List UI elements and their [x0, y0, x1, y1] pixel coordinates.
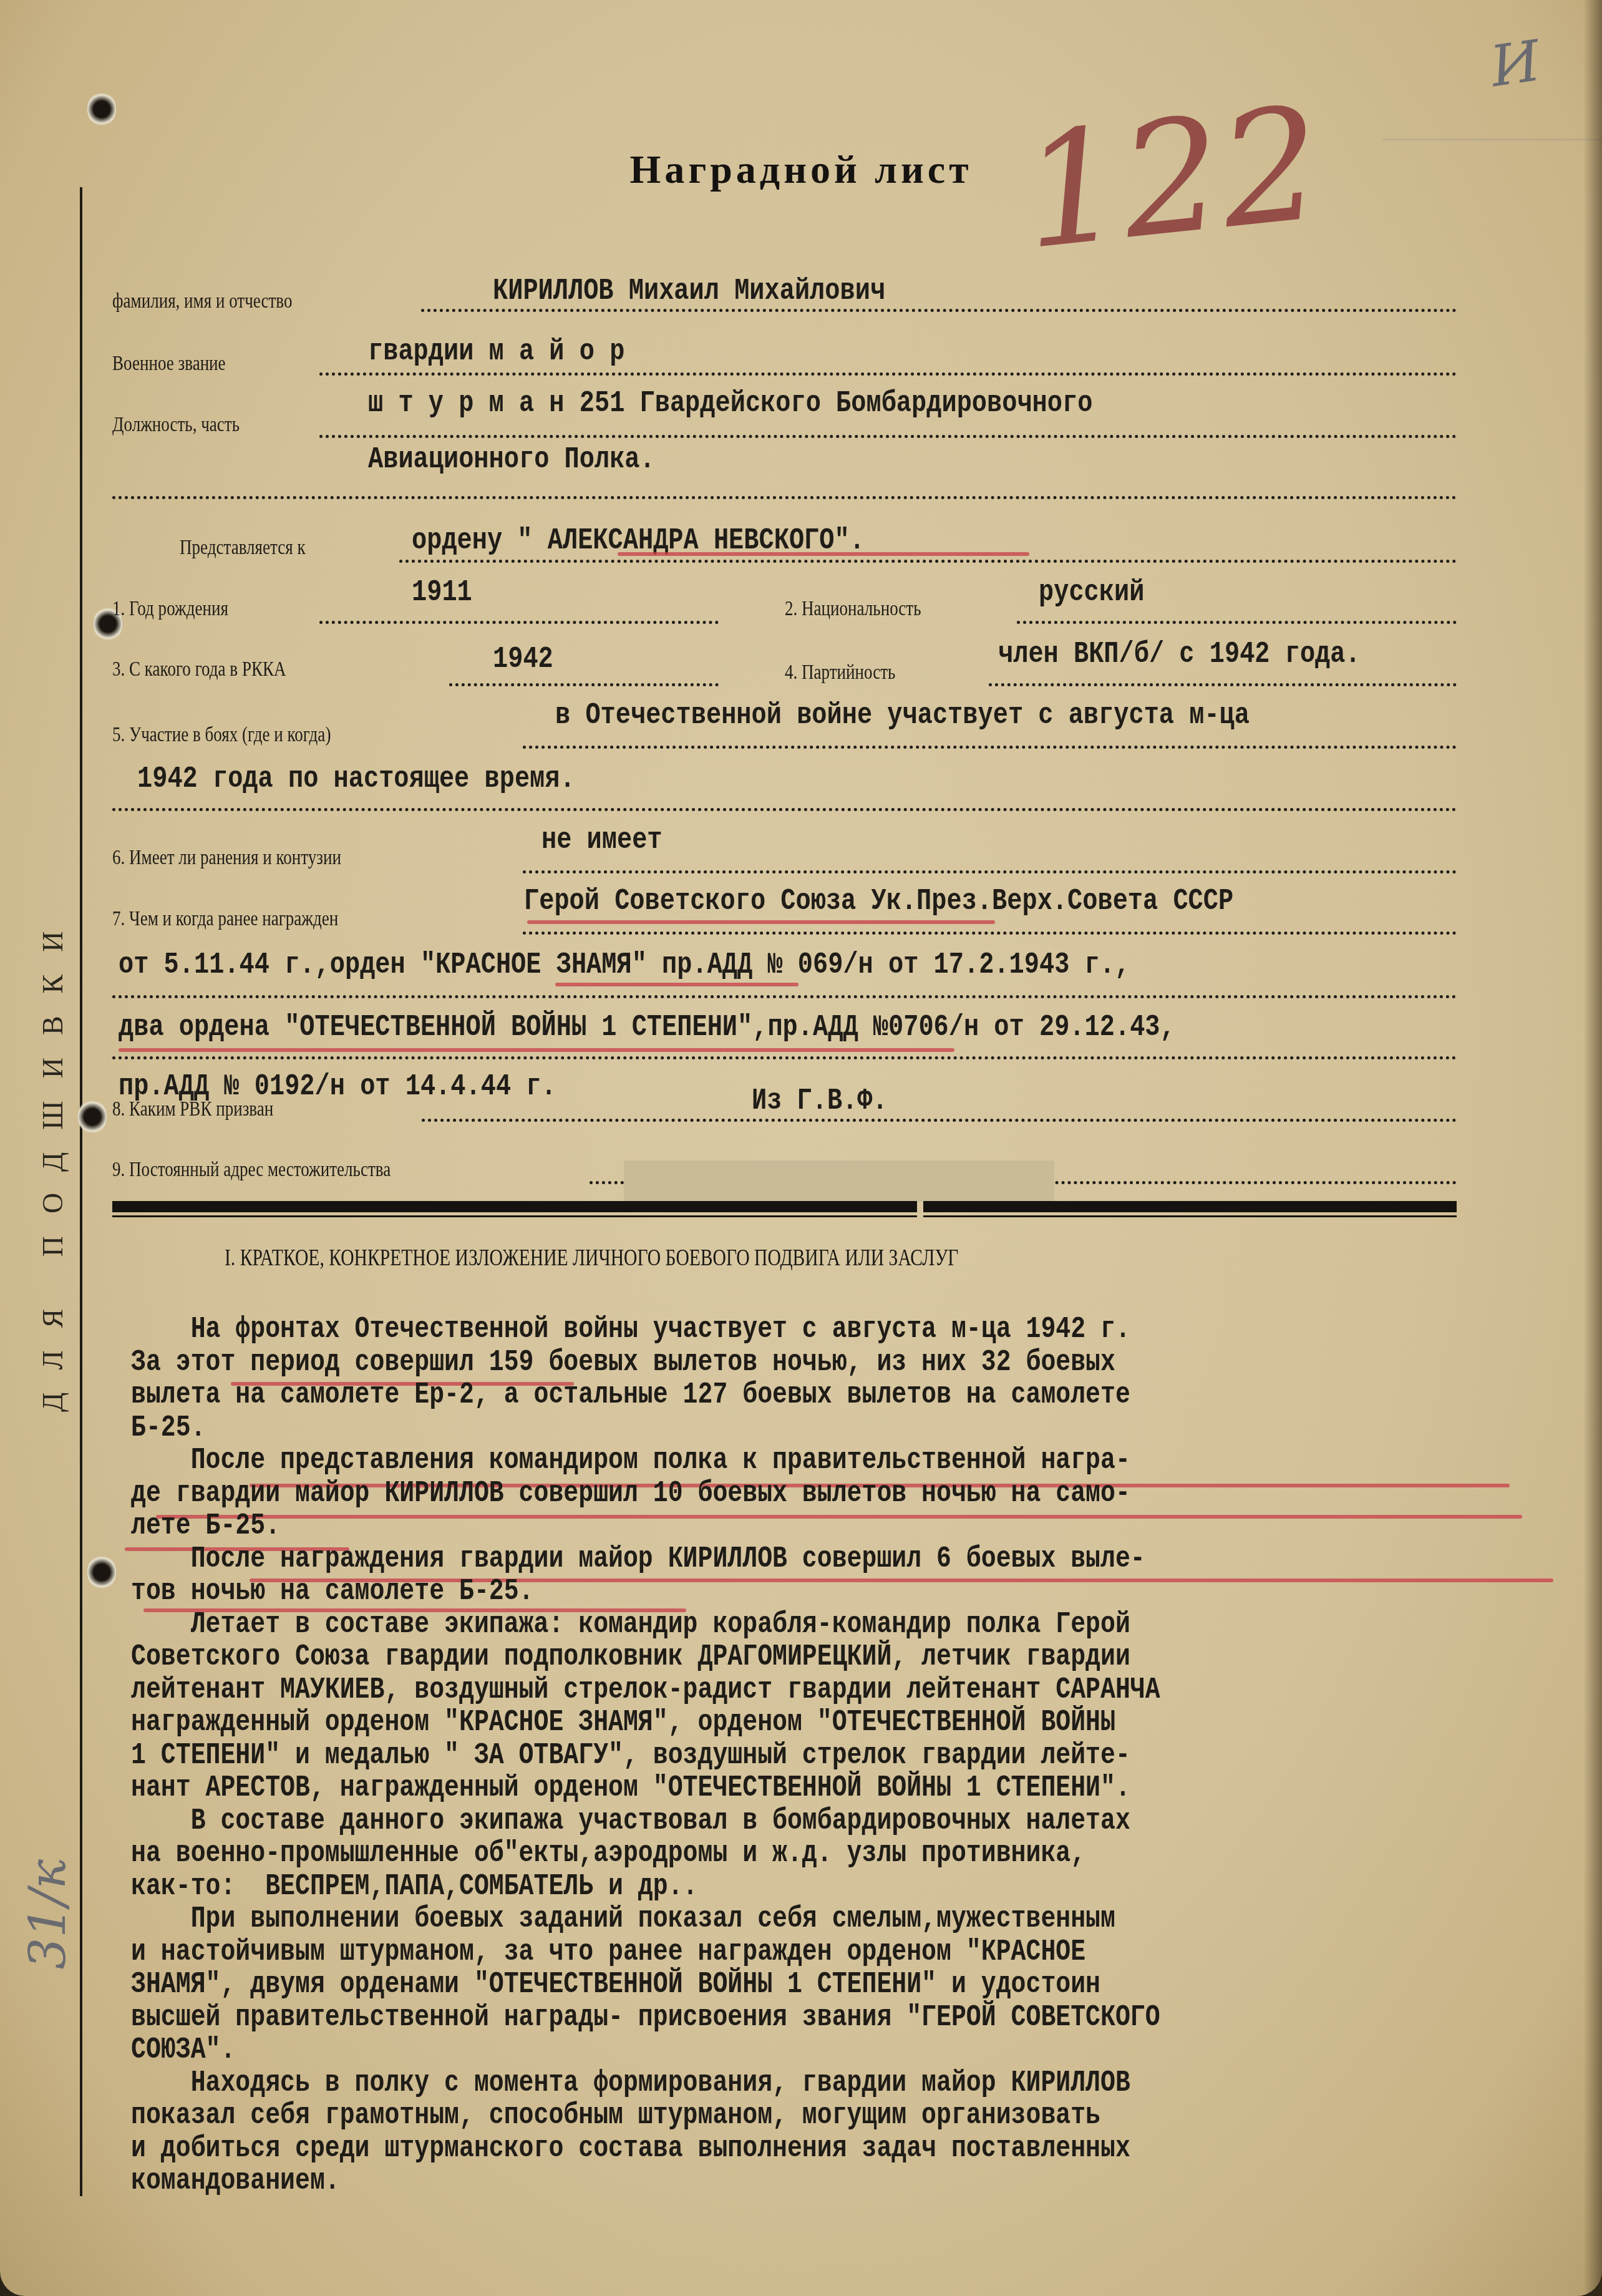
section-heading: I. КРАТКОЕ, КОНКРЕТНОЕ ИЗЛОЖЕНИЕ ЛИЧНОГО… [225, 1245, 958, 1272]
merit-line: Б-25. [131, 1412, 1348, 1445]
prior-awards-line-1: Герой Советского Союза Ук.През.Верх.Сове… [524, 885, 1233, 918]
merit-line: Летает в составе экипажа: командир кораб… [131, 1608, 1348, 1642]
address-label: 9. Постоянный адрес местожительства [112, 1159, 391, 1182]
party-label: 4. Партийность [785, 661, 895, 684]
binding-margin-line [80, 187, 82, 2196]
handwritten-margin-note: 31/к [19, 1859, 77, 1970]
merit-line: на военно-промышленные об"екты,аэродромы… [131, 1837, 1348, 1870]
full-name-label: фамилия, имя и отчество [112, 290, 292, 313]
drafted-by-value: Из Г.В.Ф. [752, 1084, 888, 1118]
prior-awards-line-2-rule [112, 995, 1457, 998]
merit-line: показал себя грамотным, способным штурма… [131, 2099, 1348, 2133]
merit-line: и настойчивым штурманом, за что ранее на… [131, 1936, 1348, 1969]
merit-line: де гвардии майор КИРИЛЛОВ совершил 10 бо… [131, 1477, 1348, 1510]
party-line [989, 683, 1457, 686]
merit-line: ЗНАМЯ", двумя орденами "ОТЕЧЕСТВЕННОЙ ВО… [131, 1968, 1348, 2002]
merit-line: лейтенант МАУКИЕВ, воздушный стрелок-рад… [131, 1674, 1348, 1707]
rank-value: гвардии м а й о р [368, 335, 624, 369]
red-underline-patriotic-war [119, 1048, 954, 1052]
rank-label: Военное звание [112, 353, 226, 376]
merit-line: тов ночью на самолете Б-25. [131, 1575, 1348, 1608]
nationality-value: русский [1039, 576, 1144, 610]
red-underline-nevsky [618, 552, 1029, 556]
combat-label: 5. Участие в боях (где и когда) [112, 724, 331, 747]
merit-line: В составе данного экипажа участвовал в б… [131, 1805, 1348, 1838]
position-label: Должность, часть [112, 414, 240, 437]
full-name-value: КИРИЛЛОВ Михаил Михайлович [493, 275, 885, 308]
merit-line: Советского Союза гвардии подполковник ДР… [131, 1641, 1348, 1674]
merit-line: При выполнении боевых заданий показал се… [131, 1903, 1348, 1936]
merit-line: Находясь в полку с момента формирования,… [131, 2067, 1348, 2100]
merit-line: На фронтах Отечественной войны участвует… [131, 1313, 1348, 1346]
rkka-since-value: 1942 [493, 643, 553, 676]
prior-awards-line-1-rule [523, 932, 1457, 935]
birth-year-label: 1. Год рождения [112, 598, 228, 621]
merit-line: вылета на самолете Ер-2, а остальные 127… [131, 1379, 1348, 1412]
combat-line-1 [523, 746, 1457, 749]
award-sheet-page: ────────────────────────── ДЛЯ ПОДШИВКИ … [0, 0, 1602, 2296]
merit-description: На фронтах Отечественной войны участвует… [131, 1313, 1348, 2198]
punch-hole-bottom [87, 1554, 116, 1591]
birth-year-value: 1911 [412, 576, 472, 610]
handwritten-corner-mark: И [1487, 28, 1544, 100]
merit-line: После представления командиром полка к п… [131, 1444, 1348, 1477]
position-value-line2: Авиационного Полка. [368, 443, 655, 477]
drafted-by-line [422, 1119, 1457, 1122]
merit-line: 1 СТЕПЕНИ" и медалью " ЗА ОТВАГУ", возду… [131, 1739, 1348, 1773]
prior-awards-line-3-rule [112, 1056, 1457, 1059]
combat-line-2 [112, 808, 1457, 811]
rank-line [319, 372, 1457, 376]
merit-line: награжденный орденом "КРАСНОЕ ЗНАМЯ", ор… [131, 1706, 1348, 1739]
combat-value-line2: 1942 года по настоящее время. [137, 762, 575, 796]
merit-line: высшей правительственной награды- присво… [131, 2002, 1348, 2035]
merit-line: и добиться среди штурманского состава вы… [131, 2133, 1348, 2166]
nationality-line [1017, 621, 1457, 624]
binding-margin-label: ДЛЯ ПОДШИВКИ [36, 892, 74, 1429]
combat-value-line1: в Отечественной войне участвует с август… [555, 699, 1250, 732]
merit-line: командованием. [131, 2165, 1348, 2198]
merit-line: За этот период совершил 159 боевых вылет… [131, 1346, 1348, 1379]
full-name-line [421, 309, 1457, 312]
position-line-1 [319, 435, 1457, 438]
wounds-label: 6. Имеет ли ранения и контузии [112, 847, 341, 870]
section-divider-left [112, 1201, 917, 1212]
merit-line: СОЮЗА". [131, 2034, 1348, 2067]
drafted-by-label: 8. Каким РВК призван [112, 1098, 273, 1121]
punch-hole-low [78, 1098, 107, 1136]
position-value-line1: ш т у р м а н 251 Гвардейского Бомбардир… [368, 387, 1092, 421]
merit-line: нант АРЕСТОВ, награжденный орденом "ОТЕЧ… [131, 1772, 1348, 1805]
merit-line: как-то: ВЕСПРЕМ,ПАПА,СОМБАТЕЛЬ и др.. [131, 1870, 1348, 1904]
redacted-address [624, 1160, 1054, 1202]
prior-awards-label: 7. Чем и когда ранее награжден [112, 908, 338, 931]
wounds-value: не имеет [541, 824, 663, 857]
red-underline-red-banner [555, 983, 799, 986]
punch-hole-top [87, 90, 116, 128]
section-divider-right [923, 1201, 1457, 1212]
nationality-label: 2. Национальность [785, 598, 921, 621]
prior-awards-line-3: два ордена "ОТЕЧЕСТВЕННОЙ ВОЙНЫ 1 СТЕПЕН… [119, 1011, 1175, 1044]
red-underline-hero [527, 920, 995, 924]
document-title: Наградной лист [0, 147, 1602, 193]
position-line-2 [112, 496, 1457, 499]
merit-line: После награждения гвардии майор КИРИЛЛОВ… [131, 1543, 1348, 1576]
birth-year-line [319, 621, 719, 624]
rkka-since-label: 3. С какого года в РККА [112, 658, 286, 681]
nominated-for-label: Представляется к [180, 537, 306, 560]
nominated-for-line [399, 560, 1457, 563]
rkka-since-line [449, 683, 719, 686]
prior-awards-line-2: от 5.11.44 г.,орден "КРАСНОЕ ЗНАМЯ" пр.А… [119, 948, 1130, 982]
party-value: член ВКП/б/ с 1942 года. [998, 638, 1361, 671]
wounds-line [523, 870, 1457, 873]
merit-line: лете Б-25. [131, 1510, 1348, 1543]
